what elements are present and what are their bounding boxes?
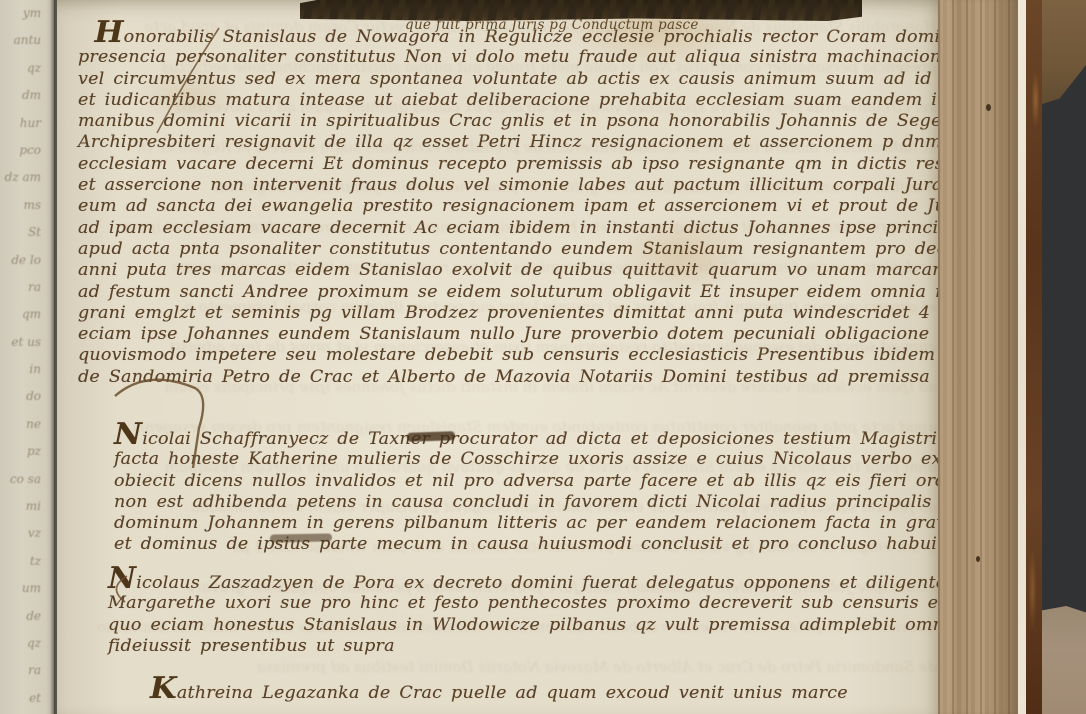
- manuscript-text-line: presencia personaliter constitutus Non v…: [78, 47, 938, 68]
- facing-page-text-fragment: ra: [0, 274, 54, 301]
- manuscript-text-line: dominum Johannem in gerens pilbanum litt…: [114, 513, 938, 534]
- facing-page-text-fragment: ym: [0, 0, 54, 27]
- wood-knot: [986, 104, 991, 111]
- manuscript-text-line: quo eciam honestus Stanislaus in Wlodowi…: [108, 615, 938, 636]
- facing-page-text-fragment: do: [0, 383, 54, 410]
- paragraph-schafraniec-entry: Nicolai Schaffranyecz de Taxner procurat…: [114, 428, 938, 556]
- facing-page-text-fragment: vz: [0, 520, 54, 547]
- facing-page-text-fragment: St: [0, 219, 54, 246]
- manuscript-text-line: eum ad sancta dei ewangelia prestito res…: [78, 196, 938, 217]
- binding-leather-edge: [1026, 0, 1042, 714]
- manuscript-text-line: ecclesiam vacare decerni Et dominus rece…: [78, 154, 938, 175]
- facing-page-text-fragment: pz: [0, 438, 54, 465]
- manuscript-text-line: et assercione non intervenit fraus dolus…: [78, 175, 938, 196]
- paragraph-kathreina-entry: Kathreina Legazanka de Crac puelle ad qu…: [150, 682, 848, 703]
- facing-page-text-fragment: pco: [0, 137, 54, 164]
- manuscript-text-line: ad festum sancti Andree proximum se eide…: [78, 282, 938, 303]
- manuscript-photo: ymantuqzdmhurpcodz ammsStde loraqmet usi…: [0, 0, 1086, 714]
- facing-page-text-fragment: ne: [0, 411, 54, 438]
- ink-strikeout: [270, 533, 332, 542]
- manuscript-text-line: Nicolaus Zaszadzyen de Pora ex decreto d…: [108, 572, 938, 593]
- backdrop-table-surface: [1042, 606, 1086, 714]
- paragraph-zaszadzyen-entry: Nicolaus Zaszadzyen de Pora ex decreto d…: [108, 572, 938, 657]
- manuscript-text-line: et dominus de ipsius parte mecum in caus…: [114, 534, 938, 555]
- manuscript-text-line: Margarethe uxori sue pro hinc et festo p…: [108, 593, 938, 614]
- manuscript-text-line: anni puta tres marcas eidem Stanislao ex…: [78, 260, 938, 281]
- manuscript-text-line: vel circumventus sed ex mera spontanea v…: [78, 69, 938, 90]
- facing-page-text-fragment: hur: [0, 110, 54, 137]
- facing-page-text-fragment: dz am: [0, 164, 54, 191]
- manuscript-text-line: manibus domini vicarii in spiritualibus …: [78, 111, 938, 132]
- facing-page-text-fragment: qz: [0, 55, 54, 82]
- manuscript-text-line: Honorabilis Stanislaus de Nowagora in Re…: [78, 26, 938, 47]
- book-fore-edge-wood: [938, 0, 1018, 714]
- manuscript-text-line: grani emglzt et seminis pg villam Brodze…: [78, 303, 938, 324]
- manuscript-text-line: fideiussit presentibus ut supra: [108, 636, 938, 657]
- manuscript-text-line: obiecit dicens nullos invalidos et nil p…: [114, 471, 938, 492]
- page-edge-highlight: [1018, 0, 1026, 714]
- facing-page-text-fragment: ra: [0, 657, 54, 684]
- manuscript-text-line: non est adhibenda petens in causa conclu…: [114, 492, 938, 513]
- bleed-through-line: de Sandomiria Petro de Crac et Alberto d…: [67, 658, 937, 676]
- facing-page-text-fragment: qm: [0, 301, 54, 328]
- facing-page-text-fragment: ms: [0, 192, 54, 219]
- facing-page-strip: ymantuqzdmhurpcodz ammsStde loraqmet usi…: [0, 0, 54, 714]
- wood-knot: [976, 556, 980, 562]
- facing-page-text-fragment: antu: [0, 27, 54, 54]
- facing-page-text-fragment: dm: [0, 82, 54, 109]
- facing-page-text-fragment: qz: [0, 630, 54, 657]
- facing-page-text-fragment: co sa: [0, 466, 54, 493]
- paragraph-resignation-entry: Honorabilis Stanislaus de Nowagora in Re…: [78, 26, 938, 388]
- facing-page-text-fragment: in: [0, 356, 54, 383]
- facing-page-text-fragment: um: [0, 575, 54, 602]
- facing-page-text-fragment: mi: [0, 493, 54, 520]
- facing-page-text-fragment: de lo: [0, 247, 54, 274]
- manuscript-text-line: apud acta pnta psonaliter constitutus co…: [78, 239, 938, 260]
- ink-strikeout: [407, 431, 455, 442]
- facing-page-text-fragment: de: [0, 603, 54, 630]
- manuscript-page: Honorabilis Stanislaus de Nowagora in Re…: [57, 0, 938, 714]
- manuscript-text-line: quovismodo impetere seu molestare debebi…: [78, 345, 938, 366]
- manuscript-text-line: de Sandomiria Petro de Crac et Alberto d…: [78, 367, 938, 388]
- manuscript-text-line: Archipresbiteri resignavit de illa qz es…: [78, 132, 938, 153]
- manuscript-text-line: facta honeste Katherine mulieris de Coss…: [114, 449, 938, 470]
- manuscript-text-line: et iudicantibus matura intease ut aiebat…: [78, 90, 938, 111]
- manuscript-text-line: Nicolai Schaffranyecz de Taxner procurat…: [114, 428, 938, 449]
- facing-page-text-fragment: tz: [0, 548, 54, 575]
- facing-page-text-fragment: et: [0, 685, 54, 712]
- manuscript-text-line: Kathreina Legazanka de Crac puelle ad qu…: [150, 682, 848, 703]
- manuscript-text-line: ad ipam ecclesiam vacare decernit Ac eci…: [78, 218, 938, 239]
- facing-page-text-fragment: et us: [0, 329, 54, 356]
- manuscript-text-line: eciam ipse Johannes eundem Stanislaum nu…: [78, 324, 938, 345]
